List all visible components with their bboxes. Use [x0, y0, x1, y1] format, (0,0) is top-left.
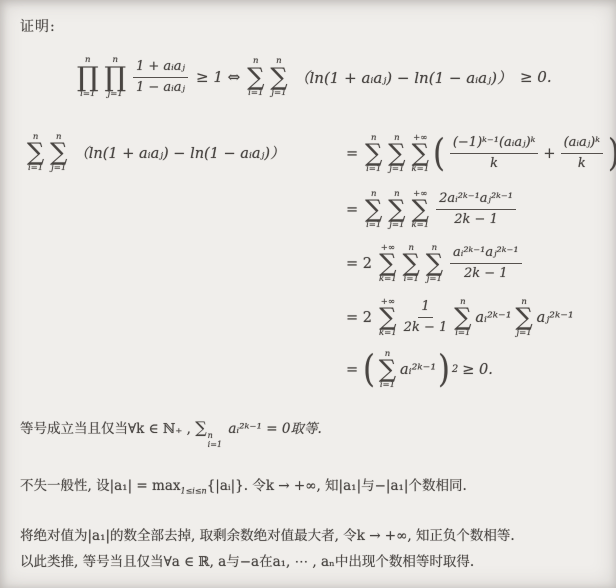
sum-operator-j: n ∑ j=1: [50, 133, 67, 173]
sum-operator-j: n ∑ j=1: [388, 134, 405, 174]
plus-sign: +: [543, 146, 555, 162]
sum-operator-i: n ∑ i=1: [403, 244, 420, 284]
conclusion-line-2: 以此类推, 等号当且仅当∀a ∈ ℝ, a与−a在a₁, ⋯ , aₙ中出现个数…: [20, 554, 474, 570]
operator-lower-limit: j=1: [389, 221, 404, 230]
chain-line-4: = 2 +∞ ∑ k=1 1 2k − 1 n ∑ i=1: [346, 291, 598, 345]
chain-line-1: = n ∑ i=1 n ∑ j=1 +∞ ∑ k=1: [346, 125, 598, 183]
product-icon: ∏: [105, 65, 127, 91]
operator-lower-limit: i=1: [28, 164, 43, 173]
fraction-plain-term: (aᵢaⱼ)ᵏ k: [561, 135, 603, 172]
equation-main-inequality: n ∏ i=1 n ∏ j=1 1 + aᵢaⱼ 1 − aᵢaⱼ ≥ 1 ⇔ …: [74, 56, 598, 99]
chain-line-3: = 2 +∞ ∑ k=1 n ∑ i=1 n ∑ j=1: [346, 237, 598, 291]
sum-icon: ∑: [270, 66, 287, 89]
sum-icon: ∑: [27, 141, 44, 164]
chain-left-hand-side: n ∑ i=1 n ∑ j=1 （ln(1 + aᵢaⱼ) − ln(1 − a…: [24, 133, 289, 173]
operator-lower-limit: j=1: [427, 275, 442, 284]
operator-lower-limit: i=1: [366, 221, 381, 230]
operator-lower-limit: k=1: [411, 221, 429, 230]
fraction-power-term: 2aᵢ²ᵏ⁻¹aⱼ²ᵏ⁻¹ 2k − 1: [436, 191, 516, 228]
fraction-numerator: 2aᵢ²ᵏ⁻¹aⱼ²ᵏ⁻¹: [436, 191, 516, 210]
fraction-numerator: 1 + aᵢaⱼ: [133, 59, 188, 78]
chain-line-5: = ( n ∑ i=1 aᵢ²ᵏ⁻¹ ) 2 ≥ 0.: [346, 345, 598, 395]
operator-lower-limit: j=1: [108, 90, 123, 99]
equation-chain: n ∑ i=1 n ∑ j=1 （ln(1 + aᵢaⱼ) − ln(1 − a…: [24, 125, 598, 395]
inequality-tail: ≥ 0.: [462, 362, 493, 378]
operator-lower-limit: k=1: [379, 329, 397, 338]
equals-sign: =: [346, 146, 358, 162]
operator-lower-limit: i=1: [248, 89, 263, 98]
sum-icon: ∑: [388, 142, 405, 165]
sum-icon: ∑: [454, 306, 471, 329]
sum-operator-i: n ∑ i=1: [27, 133, 44, 173]
fraction-denominator: 2k − 1: [464, 264, 508, 282]
sum-icon: ∑: [412, 198, 429, 221]
paragraph-wlog: 不失一般性, 设|a₁| = max1≤i≤n{|aᵢ|}. 令k → +∞, …: [20, 473, 598, 505]
wlog-text-start: 不失一般性, 设|a₁| = max: [20, 478, 181, 494]
paragraph-conclusion: 将绝对值为|a₁|的数全部去掉, 取剩余数绝对值最大者, 令k → +∞, 知正…: [20, 523, 598, 575]
fraction-denominator: 1 − aᵢaⱼ: [136, 78, 185, 96]
sum-operator-j: n ∑ j=1: [426, 244, 443, 284]
power-term: aᵢ²ᵏ⁻¹: [400, 362, 436, 378]
product-icon: ∏: [77, 65, 99, 91]
inline-sum-lower: i=1: [208, 440, 222, 449]
sum-operator-k: +∞ ∑ k=1: [411, 190, 429, 230]
operator-lower-limit: i=1: [455, 329, 470, 338]
sum-operator-j: n ∑ j=1: [388, 190, 405, 230]
sum-icon: ∑: [426, 252, 443, 275]
fraction-numerator: 1: [418, 299, 432, 318]
max-subscript: 1≤i≤n: [181, 487, 207, 496]
operator-lower-limit: i=1: [404, 275, 419, 284]
sum-icon: ∑: [50, 141, 67, 164]
fraction-numerator: (aᵢaⱼ)ᵏ: [561, 135, 603, 154]
open-paren: (: [433, 135, 445, 173]
product-operator-j: n ∏ j=1: [105, 56, 127, 99]
operator-lower-limit: i=1: [80, 90, 95, 99]
condition-text-end: aᵢ²ᵏ⁻¹ = 0取等.: [228, 421, 321, 437]
log-difference-expression: （ln(1 + aᵢaⱼ) − ln(1 − aᵢaⱼ)）: [74, 142, 284, 163]
equals-sign: = 2: [346, 310, 372, 326]
chain-right-hand-lines: = n ∑ i=1 n ∑ j=1 +∞ ∑ k=1: [346, 125, 598, 395]
sum-operator-i: n ∑ i=1: [247, 57, 264, 97]
inline-sum-upper: n: [208, 431, 213, 440]
sum-operator-i: n ∑ i=1: [379, 350, 396, 390]
inequality-tail: ≥ 0.: [520, 68, 552, 86]
fraction-denominator: 2k − 1: [454, 210, 498, 228]
sum-icon: ∑: [379, 306, 396, 329]
product-operator-i: n ∏ i=1: [77, 56, 99, 99]
operator-lower-limit: i=1: [380, 381, 395, 390]
equals-sign: = 2: [346, 256, 372, 272]
paragraph-equality-condition: 等号成立当且仅当∀k ∈ ℕ₊ , ∑ni=1 aᵢ²ᵏ⁻¹ = 0取等.: [20, 415, 598, 449]
inline-sum-icon: ∑: [195, 418, 206, 437]
operator-lower-limit: j=1: [271, 89, 286, 98]
close-paren: ): [608, 135, 616, 173]
sum-icon: ∑: [365, 142, 382, 165]
fraction-power-term: aᵢ²ᵏ⁻¹aⱼ²ᵏ⁻¹ 2k − 1: [450, 245, 522, 282]
equals-sign: =: [346, 362, 358, 378]
wlog-text-end: {|aᵢ|}. 令k → +∞, 知|a₁|与−|a₁|个数相同.: [207, 478, 467, 494]
log-difference-expression: （ln(1 + aᵢaⱼ) − ln(1 − aᵢaⱼ)）: [294, 67, 511, 88]
power-term-i: aᵢ²ᵏ⁻¹: [475, 310, 511, 326]
fraction-ratio: 1 + aᵢaⱼ 1 − aᵢaⱼ: [133, 59, 188, 96]
sum-operator-i: n ∑ i=1: [365, 190, 382, 230]
open-paren: (: [363, 351, 375, 389]
sum-operator-k: +∞ ∑ k=1: [411, 134, 429, 174]
relation-text: ≥ 1 ⇔: [196, 68, 240, 86]
fraction-denominator: k: [578, 154, 586, 172]
chain-line-2: = n ∑ i=1 n ∑ j=1 +∞ ∑ k=1: [346, 183, 598, 237]
proof-label: 证明:: [20, 16, 598, 36]
operator-lower-limit: i=1: [366, 165, 381, 174]
square-exponent: 2: [452, 364, 458, 375]
condition-text-start: 等号成立当且仅当∀k ∈ ℕ₊ ,: [20, 421, 191, 437]
fraction-coefficient: 1 2k − 1: [404, 299, 448, 336]
sum-icon: ∑: [247, 66, 264, 89]
operator-lower-limit: j=1: [51, 164, 66, 173]
operator-lower-limit: k=1: [411, 165, 429, 174]
document-page: 证明: n ∏ i=1 n ∏ j=1 1 + aᵢaⱼ 1 − aᵢaⱼ ≥ …: [0, 0, 616, 588]
sum-icon: ∑: [379, 358, 396, 381]
fraction-numerator: aᵢ²ᵏ⁻¹aⱼ²ᵏ⁻¹: [450, 245, 522, 264]
power-term-j: aⱼ²ᵏ⁻¹: [537, 310, 574, 326]
sum-operator-k: +∞ ∑ k=1: [379, 298, 397, 338]
inline-sum-limits: ni=1: [208, 431, 222, 449]
sum-operator-j: n ∑ j=1: [270, 57, 287, 97]
conclusion-line-1: 将绝对值为|a₁|的数全部去掉, 取剩余数绝对值最大者, 令k → +∞, 知正…: [20, 528, 515, 544]
sum-icon: ∑: [412, 142, 429, 165]
sum-icon: ∑: [516, 306, 533, 329]
sum-icon: ∑: [403, 252, 420, 275]
sum-icon: ∑: [379, 252, 396, 275]
operator-lower-limit: j=1: [389, 165, 404, 174]
operator-lower-limit: k=1: [379, 275, 397, 284]
sum-operator-i: n ∑ i=1: [454, 298, 471, 338]
sum-operator-i: n ∑ i=1: [365, 134, 382, 174]
sum-icon: ∑: [365, 198, 382, 221]
close-paren: ): [438, 351, 450, 389]
sum-operator-k: +∞ ∑ k=1: [379, 244, 397, 284]
fraction-denominator: k: [490, 154, 498, 172]
sum-icon: ∑: [388, 198, 405, 221]
fraction-denominator: 2k − 1: [404, 318, 448, 336]
equals-sign: =: [346, 202, 358, 218]
fraction-numerator: (−1)ᵏ⁻¹(aᵢaⱼ)ᵏ: [450, 135, 539, 154]
sum-operator-j: n ∑ j=1: [516, 298, 533, 338]
operator-lower-limit: j=1: [517, 329, 532, 338]
fraction-alternating-term: (−1)ᵏ⁻¹(aᵢaⱼ)ᵏ k: [450, 135, 539, 172]
